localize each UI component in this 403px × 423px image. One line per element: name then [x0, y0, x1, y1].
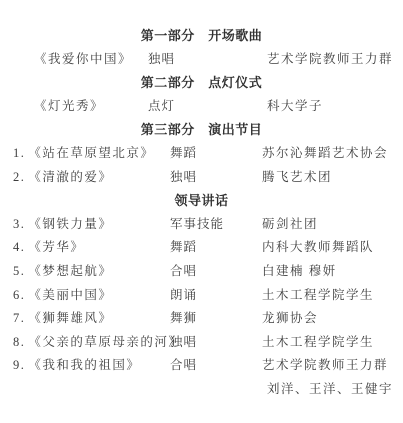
program-performer: 艺术学院教师王力群	[267, 48, 403, 72]
program-kind: 合唱	[170, 354, 262, 378]
program-title: 《梦想起航》	[28, 264, 112, 278]
program-title-cell: 5.《梦想起航》	[13, 260, 170, 284]
program-row: 4.《芳华》 舞蹈 内科大教师舞蹈队	[0, 236, 403, 260]
row-number: 6.	[13, 284, 25, 308]
section-header: 第二部分 点灯仪式	[0, 71, 403, 95]
row-number: 4.	[13, 236, 25, 260]
program-row: 2.《清澈的爱》 独唱 腾飞艺术团	[0, 166, 403, 190]
program-title-cell: 7.《狮舞雄风》	[13, 307, 170, 331]
program-performer: 龙狮协会	[262, 307, 403, 331]
program-title-cell: 6.《美丽中国》	[13, 284, 170, 308]
program-kind: 军事技能	[170, 213, 262, 237]
program-title-cell: 1.《站在草原望北京》	[13, 142, 170, 166]
program-kind: 独唱	[170, 331, 262, 355]
program-kind: 舞蹈	[170, 236, 262, 260]
program-title-cell: 3.《钢铁力量》	[13, 213, 170, 237]
program-lines: 第一部分 开场歌曲 《我爱你中国》 独唱 艺术学院教师王力群 第二部分 点灯仪式…	[0, 24, 403, 402]
program-row: 8.《父亲的草原母亲的河》 独唱 土木工程学院学生	[0, 331, 403, 355]
program-document: 第一部分 开场歌曲 《我爱你中国》 独唱 艺术学院教师王力群 第二部分 点灯仪式…	[0, 0, 403, 423]
program-kind: 独唱	[170, 166, 262, 190]
program-performer: 刘洋、王洋、王健宇	[267, 378, 403, 402]
program-row: 《我爱你中国》 独唱 艺术学院教师王力群	[0, 48, 403, 72]
program-row: 6.《美丽中国》 朗诵 土木工程学院学生	[0, 284, 403, 308]
program-title: 《钢铁力量》	[28, 217, 112, 231]
program-kind: 舞蹈	[170, 142, 262, 166]
program-title: 《美丽中国》	[28, 288, 112, 302]
program-title-cell: 4.《芳华》	[13, 236, 170, 260]
program-row: 9.《我和我的祖国》 合唱 艺术学院教师王力群	[0, 354, 403, 378]
program-row: 7.《狮舞雄风》 舞狮 龙狮协会	[0, 307, 403, 331]
program-row: 《灯光秀》 点灯 科大学子	[0, 95, 403, 119]
section-header: 第三部分 演出节目	[0, 118, 403, 142]
row-number: 7.	[13, 307, 25, 331]
row-number: 2.	[13, 166, 25, 190]
section-header-text: 第一部分 开场歌曲	[141, 28, 263, 43]
section-header: 第一部分 开场歌曲	[0, 24, 403, 48]
section-header-text: 领导讲话	[174, 193, 228, 208]
program-kind	[148, 378, 267, 402]
program-kind: 独唱	[148, 48, 267, 72]
program-performer: 土木工程学院学生	[262, 284, 403, 308]
program-title-cell	[31, 378, 148, 402]
program-title-cell: 2.《清澈的爱》	[13, 166, 170, 190]
row-number: 3.	[13, 213, 25, 237]
program-title-cell: 8.《父亲的草原母亲的河》	[13, 331, 170, 355]
row-number: 8.	[13, 331, 25, 355]
program-title-cell: 9.《我和我的祖国》	[13, 354, 170, 378]
program-kind: 点灯	[148, 95, 267, 119]
program-kind: 朗诵	[170, 284, 262, 308]
row-number: 5.	[13, 260, 25, 284]
section-header-text: 第三部分 演出节目	[141, 122, 263, 137]
program-kind: 合唱	[170, 260, 262, 284]
section-header: 领导讲话	[0, 189, 403, 213]
program-performer: 白建楠 穆妍	[262, 260, 403, 284]
program-title: 《父亲的草原母亲的河》	[28, 335, 182, 349]
program-performer: 科大学子	[267, 95, 403, 119]
program-performer: 腾飞艺术团	[262, 166, 403, 190]
row-number: 9.	[13, 354, 25, 378]
program-row: 刘洋、王洋、王健宇	[0, 378, 403, 402]
program-performer: 艺术学院教师王力群	[262, 354, 403, 378]
program-row: 1.《站在草原望北京》 舞蹈 苏尔沁舞蹈艺术协会	[0, 142, 403, 166]
program-performer: 土木工程学院学生	[262, 331, 403, 355]
program-title-cell: 《灯光秀》	[31, 95, 148, 119]
program-title: 《我爱你中国》	[34, 52, 132, 66]
program-performer: 内科大教师舞蹈队	[262, 236, 403, 260]
program-title: 《灯光秀》	[34, 99, 104, 113]
program-title-cell: 《我爱你中国》	[31, 48, 148, 72]
program-title: 《狮舞雄风》	[28, 311, 112, 325]
program-row: 3.《钢铁力量》 军事技能 砺剑社团	[0, 213, 403, 237]
program-performer: 苏尔沁舞蹈艺术协会	[262, 142, 403, 166]
program-title: 《站在草原望北京》	[28, 146, 154, 160]
row-number: 1.	[13, 142, 25, 166]
program-title: 《芳华》	[28, 240, 84, 254]
section-header-text: 第二部分 点灯仪式	[141, 75, 263, 90]
program-title: 《清澈的爱》	[28, 170, 112, 184]
program-row: 5.《梦想起航》 合唱 白建楠 穆妍	[0, 260, 403, 284]
program-performer: 砺剑社团	[262, 213, 403, 237]
program-title: 《我和我的祖国》	[28, 358, 140, 372]
program-kind: 舞狮	[170, 307, 262, 331]
